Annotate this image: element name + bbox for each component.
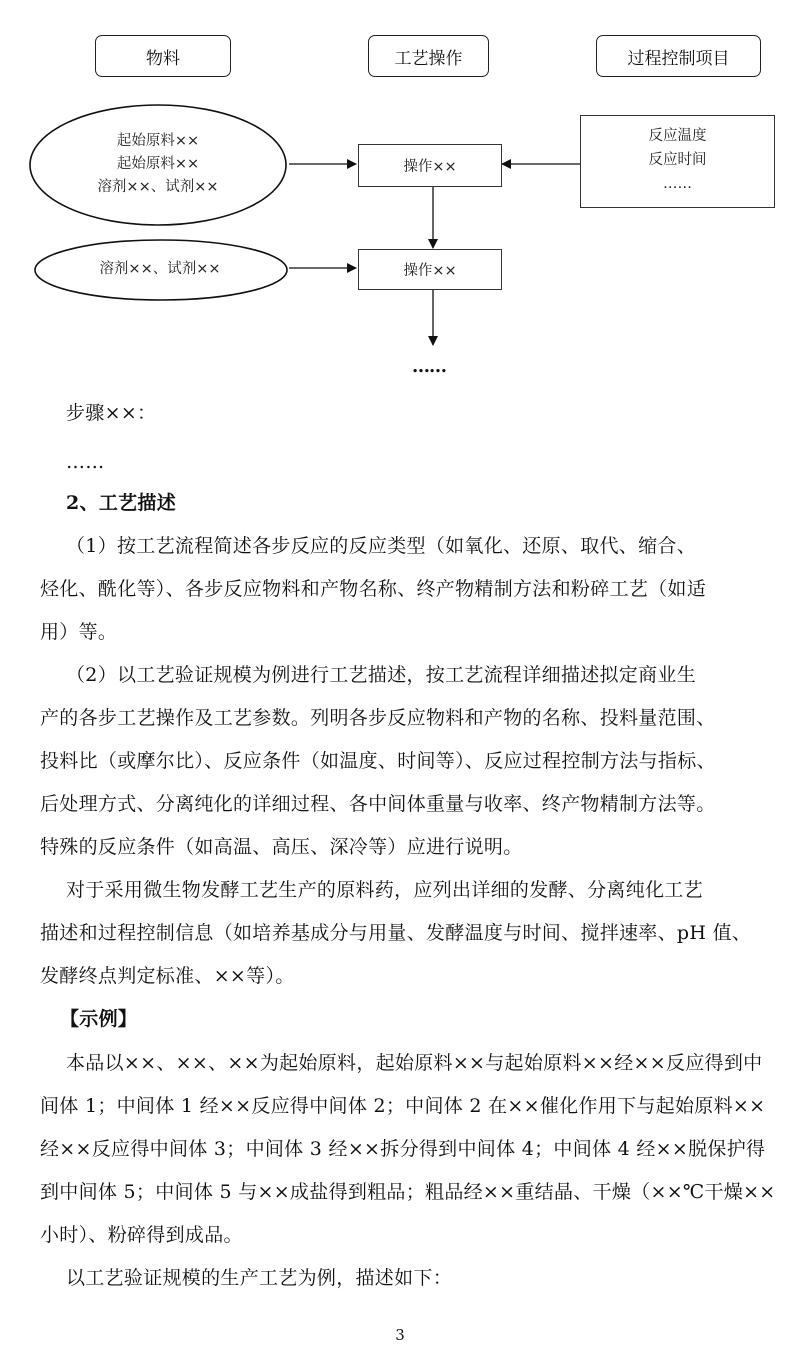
closing-line: 以工艺验证规模的生产工艺为例，描述如下： (66, 1257, 800, 1300)
control-item: 反应时间 (581, 148, 774, 172)
para1-line: （1）按工艺流程简述各步反应的反应类型（如氧化、还原、取代、缩合、 (66, 525, 800, 568)
process-flow-diagram: 物料 工艺操作 过程控制项目 起始原料×× 起始原料×× 溶剂××、试剂×× 溶… (0, 0, 800, 390)
para1-line: 用）等。 (40, 611, 780, 654)
operation-box-1: 操作×× (358, 144, 502, 187)
example-line: 经××反应得中间体 3；中间体 3 经××拆分得到中间体 4；中间体 4 经××… (40, 1128, 780, 1171)
page-number: 3 (0, 1326, 800, 1344)
material-item: 溶剂××、试剂×× (40, 176, 276, 199)
para2-line: （2）以工艺验证规模为例进行工艺描述，按工艺流程详细描述拟定商业生 (66, 654, 800, 697)
material-item: 起始原料×× (40, 153, 276, 176)
diagram-continuation: …… (412, 356, 446, 377)
example-line: 到中间体 5；中间体 5 与××成盐得到粗品；粗品经××重结晶、干燥（××℃干燥… (40, 1171, 780, 1214)
control-item: …… (581, 172, 774, 196)
para1-line: 烃化、酰化等）、各步反应物料和产物名称、终产物精制方法和粉碎工艺（如适 (40, 568, 780, 611)
materials-1-text: 起始原料×× 起始原料×× 溶剂××、试剂×× (40, 130, 276, 199)
example-line: 本品以××、××、××为起始原料，起始原料××与起始原料××经××反应得到中 (66, 1042, 800, 1085)
operation-box-2: 操作×× (358, 249, 502, 290)
header-process-operation: 工艺操作 (368, 35, 489, 77)
para3-line: 对于采用微生物发酵工艺生产的原料药，应列出详细的发酵、分离纯化工艺 (66, 869, 800, 912)
ellipsis-line: …… (66, 441, 800, 484)
para3-line: 描述和过程控制信息（如培养基成分与用量、发酵温度与时间、搅拌速率、pH 值、 (40, 912, 780, 955)
section-title: 2、工艺描述 (66, 482, 800, 525)
process-control-box: 反应温度 反应时间 …… (580, 115, 775, 208)
para3-line: 发酵终点判定标准、××等）。 (40, 955, 780, 998)
para2-line: 后处理方式、分离纯化的详细过程、各中间体重量与收率、终产物精制方法等。 (40, 783, 780, 826)
example-title: 【示例】 (60, 998, 800, 1041)
control-item: 反应温度 (581, 124, 774, 148)
header-process-control: 过程控制项目 (596, 35, 761, 77)
para2-line: 投料比（或摩尔比）、反应条件（如温度、时间等）、反应过程控制方法与指标、 (40, 740, 780, 783)
material-item: 起始原料×× (40, 130, 276, 153)
header-materials: 物料 (95, 35, 231, 77)
step-label: 步骤××： (66, 392, 800, 435)
para2-line: 特殊的反应条件（如高温、高压、深冷等）应进行说明。 (40, 826, 780, 869)
para2-line: 产的各步工艺操作及工艺参数。列明各步反应物料和产物的名称、投料量范围、 (40, 697, 780, 740)
example-line: 间体 1；中间体 1 经××反应得中间体 2；中间体 2 在××催化作用下与起始… (40, 1085, 780, 1128)
materials-2-text: 溶剂××、试剂×× (40, 258, 280, 281)
example-line: 小时）、粉碎得到成品。 (40, 1214, 780, 1257)
